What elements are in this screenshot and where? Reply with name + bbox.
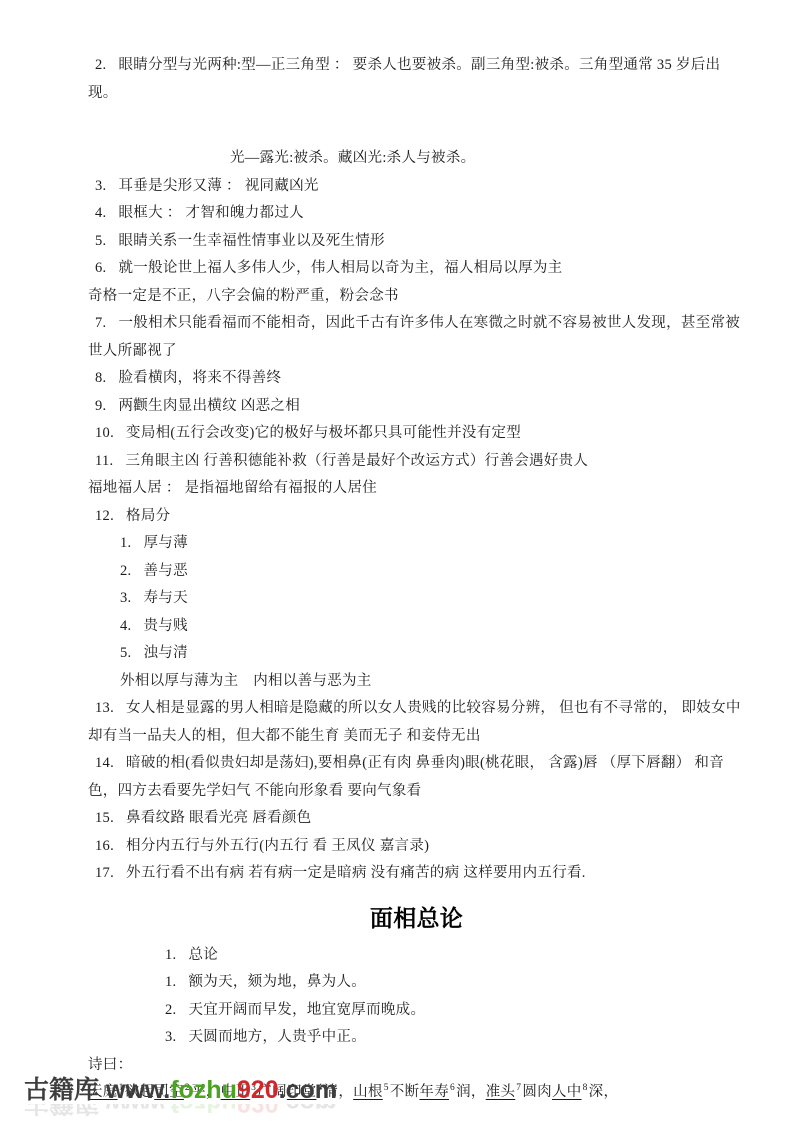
list-item: 6.就一般论世上福人多伟人少，伟人相局以奇为主，福人相局以厚为主 [88, 255, 745, 283]
line-text: 善与恶 [143, 563, 187, 579]
line-text: 三角眼主凶 行善积德能补救（行善是最好个改运方式）行善会遇好贵人 [126, 453, 589, 469]
item-number: 2. [165, 1002, 176, 1018]
list-item: 12.格局分 [88, 503, 745, 531]
sub-list-item: 5.浊与清 [88, 640, 745, 668]
item-number: 4. [95, 205, 106, 221]
poem-text: 圆肉 [522, 1084, 552, 1100]
footnote-number: 6 [450, 1083, 455, 1093]
line-text: 贵与贱 [143, 618, 187, 634]
underlined-term: 山根 [353, 1084, 383, 1100]
list-item: 8.脸看横肉，将来不得善终 [88, 365, 745, 393]
line-text: 总论 [188, 947, 218, 963]
line-text: 奇格一定是不正，八字会偏的粉严重，粉会念书 [88, 288, 399, 304]
watermark-reflection: 古籍库 www.fozhu920.com [24, 1104, 337, 1116]
item-number: 13. [95, 700, 114, 716]
list-item: 14.暗破的相(看似贵妇却是荡妇),要相鼻(正有肉 鼻垂肉)眼(桃花眼， 含露)… [88, 750, 745, 805]
document-page: 2.眼睛分型与光两种:型—正三角型 ： 要杀人也要被杀。副三角型:被杀。三角型通… [0, 0, 793, 1122]
item-number: 1. [120, 535, 131, 551]
line-text: 两颧生肉显出横纹 凶恶之相 [118, 398, 300, 414]
poem-text: 深， [589, 1084, 619, 1100]
item-number: 17. [95, 865, 114, 881]
underlined-term: 人中 [552, 1084, 582, 1100]
watermark-text: 古籍库 www.fozhu920.com [24, 1104, 337, 1116]
sub-list-item: 1.额为天，颏为地，鼻为人。 [88, 969, 745, 997]
watermark-segment: .com [279, 1104, 337, 1116]
watermark-segment: fozhu [170, 1076, 237, 1104]
line-text: 一般相术只能看福而不能相奇，因此千古有许多伟人在寒微之时就不容易被世人发现，甚至… [88, 315, 740, 359]
list-item: 11.三角眼主凶 行善积德能补救（行善是最好个改运方式）行善会遇好贵人 [88, 448, 745, 476]
sub-list-item: 1.厚与薄 [88, 530, 745, 558]
plain-paragraph: 诗曰： [88, 1052, 745, 1080]
section-title: 面相总论 [88, 900, 745, 936]
line-text: 光—露光:被杀。藏凶光:杀人与被杀。 [230, 150, 475, 166]
line-text: 脸看横肉，将来不得善终 [118, 370, 281, 386]
item-number: 14. [95, 755, 114, 771]
line-text: 鼻看纹路 眼看光亮 唇看颜色 [126, 810, 311, 826]
line-text: 诗曰： [88, 1057, 132, 1073]
sub-list-item: 3.天圆而地方，人贵乎中正。 [88, 1024, 745, 1052]
list-item: 2.眼睛分型与光两种:型—正三角型 ： 要杀人也要被杀。副三角型:被杀。三角型通… [88, 52, 745, 107]
site-watermark: 古籍库 www.fozhu920.com 古籍库 www.fozhu920.co… [24, 1077, 337, 1116]
list-item: 15.鼻看纹路 眼看光亮 唇看颜色 [88, 805, 745, 833]
item-number: 3. [165, 1029, 176, 1045]
list-item: 13.女人相是显露的男人相暗是隐藏的所以女人贵贱的比较容易分辨， 但也有不寻常的… [88, 695, 745, 750]
watermark-segment: 920 [237, 1104, 279, 1116]
line-text: 寿与天 [143, 590, 187, 606]
plain-paragraph: 福地福人居 ： 是指福地留给有福报的人居住 [88, 475, 745, 503]
line-text: 外相以厚与薄为主 内相以善与恶为主 [120, 673, 372, 689]
underlined-term: 准头 [486, 1084, 516, 1100]
item-number: 3. [120, 590, 131, 606]
line-text: 福地福人居 ： 是指福地留给有福报的人居住 [88, 480, 377, 496]
line-text: 眼睛分型与光两种:型—正三角型 ： 要杀人也要被杀。副三角型:被杀。三角型通常 … [88, 57, 720, 101]
line-text: 眼框大 ： 才智和魄力都过人 [118, 205, 303, 221]
line-text: 暗破的相(看似贵妇却是荡妇),要相鼻(正有肉 鼻垂肉)眼(桃花眼， 含露)唇 （… [88, 755, 724, 799]
line-text: 女人相是显露的男人相暗是隐藏的所以女人贵贱的比较容易分辨， 但也有不寻常的， 即… [88, 700, 741, 744]
item-number: 16. [95, 838, 114, 854]
line-text: 相分内五行与外五行(内五行 看 王凤仪 嘉言录) [126, 838, 429, 854]
item-number: 6. [95, 260, 106, 276]
item-number: 2. [120, 563, 131, 579]
list-item: 3.耳垂是尖形又薄 ： 视同藏凶光 [88, 173, 745, 201]
line-text: 格局分 [126, 508, 170, 524]
item-number: 11. [95, 453, 114, 469]
plain-paragraph: 光—露光:被杀。藏凶光:杀人与被杀。 [88, 145, 745, 173]
footnote-number: 8 [583, 1083, 588, 1093]
watermark-segment: 古籍库 www. [24, 1104, 170, 1116]
watermark-segment: 920 [237, 1076, 279, 1104]
item-number: 10. [95, 425, 114, 441]
item-number: 8. [95, 370, 106, 386]
line-text: 变局相(五行会改变)它的极好与极坏都只具可能性并没有定型 [126, 425, 521, 441]
line-text: 眼睛关系一生幸福性情事业以及死生情形 [118, 233, 384, 249]
line-text: 耳垂是尖形又薄 ： 视同藏凶光 [118, 178, 318, 194]
footnote-number: 5 [384, 1083, 389, 1093]
list-item: 7.一般相术只能看福而不能相奇，因此千古有许多伟人在寒微之时就不容易被世人发现，… [88, 310, 745, 365]
poem-text: 不断 [390, 1084, 420, 1100]
sub-list-item: 1.总论 [88, 942, 745, 970]
line-text: 天圆而地方，人贵乎中正。 [188, 1029, 366, 1045]
list-item: 16.相分内五行与外五行(内五行 看 王凤仪 嘉言录) [88, 833, 745, 861]
item-number: 15. [95, 810, 114, 826]
poem-text: 润， [456, 1084, 486, 1100]
document-content: 2.眼睛分型与光两种:型—正三角型 ： 要杀人也要被杀。副三角型:被杀。三角型通… [88, 52, 745, 1107]
watermark-segment: 古籍库 www. [24, 1076, 170, 1104]
list-item: 4.眼框大 ： 才智和魄力都过人 [88, 200, 745, 228]
item-number: 1. [165, 974, 176, 990]
line-text: 外五行看不出有病 若有病一定是暗病 没有痛苦的病 这样要用内五行看. [126, 865, 586, 881]
sub-list-item: 2.善与恶 [88, 558, 745, 586]
underlined-term: 年寿 [419, 1084, 449, 1100]
watermark-segment: fozhu [170, 1104, 237, 1116]
line-text: 额为天，颏为地，鼻为人。 [188, 974, 366, 990]
sub-list-item: 2.天宜开阔而早发，地宜宽厚而晚成。 [88, 997, 745, 1025]
plain-paragraph: 外相以厚与薄为主 内相以善与恶为主 [88, 668, 745, 696]
line-text: 天宜开阔而早发，地宜宽厚而晚成。 [188, 1002, 425, 1018]
sub-list-item: 4.贵与贱 [88, 613, 745, 641]
item-number: 2. [95, 57, 106, 73]
item-number: 1. [165, 947, 176, 963]
line-text: 就一般论世上福人多伟人少，伟人相局以奇为主，福人相局以厚为主 [118, 260, 562, 276]
watermark-segment: .com [279, 1076, 337, 1104]
item-number: 12. [95, 508, 114, 524]
list-item: 17.外五行看不出有病 若有病一定是暗病 没有痛苦的病 这样要用内五行看. [88, 860, 745, 888]
list-item: 10.变局相(五行会改变)它的极好与极坏都只具可能性并没有定型 [88, 420, 745, 448]
sub-list-item: 3.寿与天 [88, 585, 745, 613]
line-text: 厚与薄 [143, 535, 187, 551]
list-item: 5.眼睛关系一生幸福性情事业以及死生情形 [88, 228, 745, 256]
item-number: 7. [95, 315, 106, 331]
item-number: 3. [95, 178, 106, 194]
plain-paragraph: 奇格一定是不正，八字会偏的粉严重，粉会念书 [88, 283, 745, 311]
item-number: 5. [95, 233, 106, 249]
list-item: 9.两颧生肉显出横纹 凶恶之相 [88, 393, 745, 421]
line-text: 浊与清 [143, 645, 187, 661]
item-number: 4. [120, 618, 131, 634]
watermark-text: 古籍库 www.fozhu920.com [24, 1076, 337, 1104]
item-number: 9. [95, 398, 106, 414]
item-number: 5. [120, 645, 131, 661]
footnote-number: 7 [516, 1083, 521, 1093]
